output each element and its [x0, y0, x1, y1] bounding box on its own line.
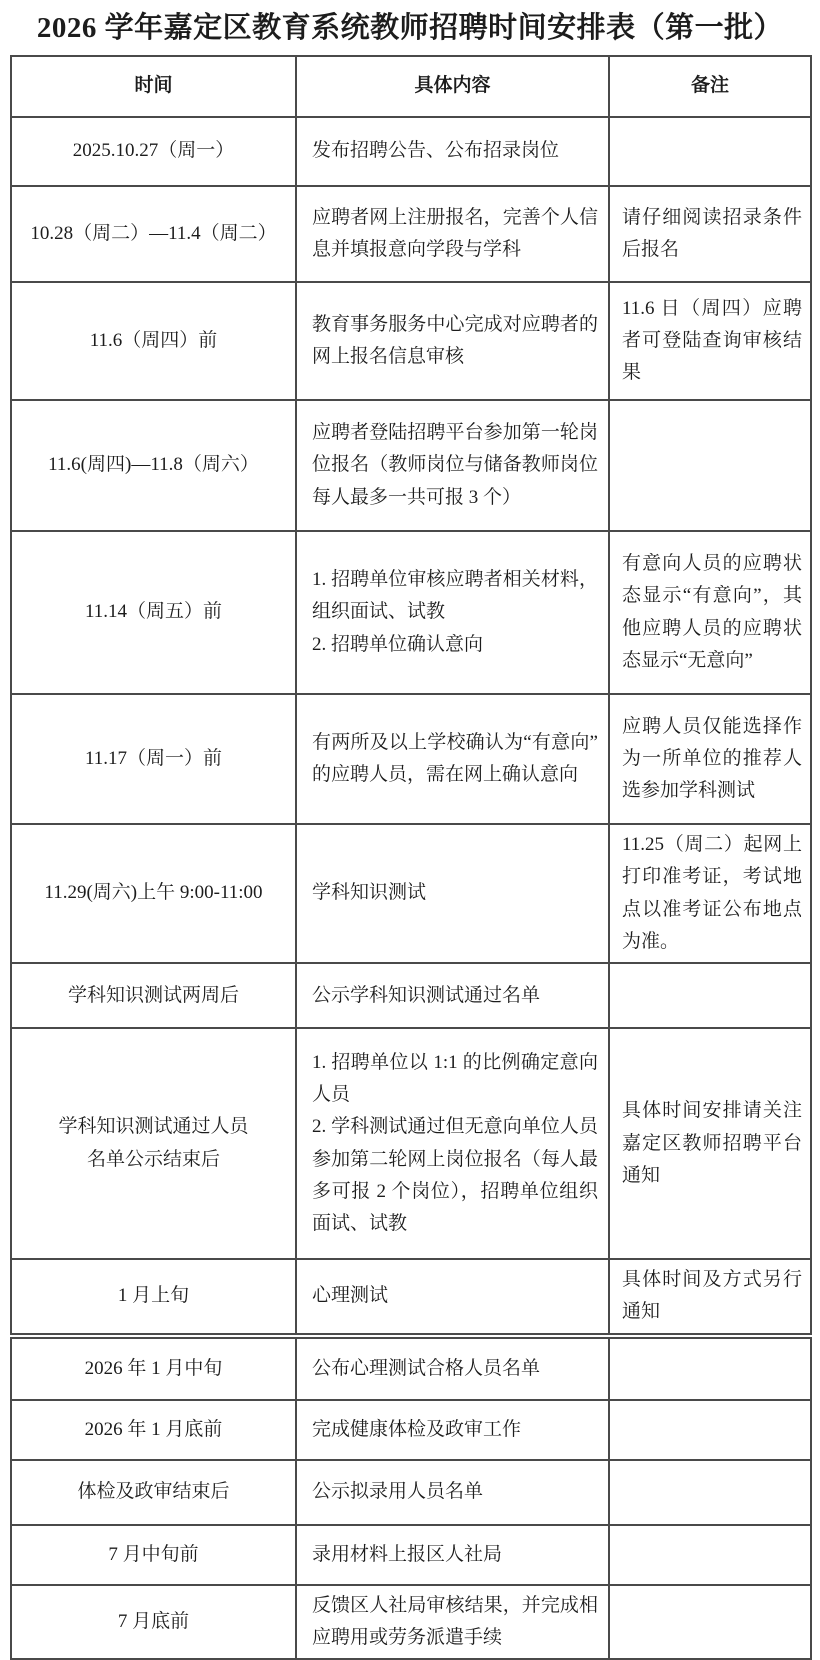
content-cell: 应聘者登陆招聘平台参加第一轮岗位报名（教师岗位与储备教师岗位每人最多一共可报 3… [296, 400, 609, 531]
table-row: 11.29(周六)上午 9:00-11:00 学科知识测试 11.25（周二）起… [11, 824, 811, 963]
column-header-note: 备注 [609, 56, 811, 117]
note-cell: 11.25（周二）起网上打印准考证，考试地点以准考证公布地点为准。 [609, 824, 811, 963]
time-cell: 11.6（周四）前 [11, 282, 296, 400]
content-cell: 1. 招聘单位以 1:1 的比例确定意向人员 2. 学科测试通过但无意向单位人员… [296, 1028, 609, 1259]
time-cell: 11.17（周一）前 [11, 694, 296, 824]
content-cell: 公示拟录用人员名单 [296, 1460, 609, 1525]
table-row: 11.14（周五）前 1. 招聘单位审核应聘者相关材料，组织面试、试教 2. 招… [11, 531, 811, 694]
content-cell: 公布心理测试合格人员名单 [296, 1336, 609, 1400]
content-cell: 反馈区人社局审核结果，并完成相应聘用或劳务派遣手续 [296, 1585, 609, 1660]
content-cell: 有两所及以上学校确认为“有意向”的应聘人员，需在网上确认意向 [296, 694, 609, 824]
time-cell: 7 月底前 [11, 1585, 296, 1660]
content-cell: 应聘者网上注册报名，完善个人信息并填报意向学段与学科 [296, 186, 609, 282]
note-cell [609, 963, 811, 1028]
content-cell: 学科知识测试 [296, 824, 609, 963]
time-cell: 2026 年 1 月底前 [11, 1400, 296, 1460]
column-header-content: 具体内容 [296, 56, 609, 117]
table-row: 7 月中旬前 录用材料上报区人社局 [11, 1525, 811, 1585]
note-cell [609, 1525, 811, 1585]
content-cell: 公示学科知识测试通过名单 [296, 963, 609, 1028]
note-cell [609, 1400, 811, 1460]
time-cell: 2026 年 1 月中旬 [11, 1336, 296, 1400]
time-cell: 学科知识测试通过人员 名单公示结束后 [11, 1028, 296, 1259]
note-cell: 有意向人员的应聘状态显示“有意向”，其他应聘人员的应聘状态显示“无意向” [609, 531, 811, 694]
time-cell: 1 月上旬 [11, 1259, 296, 1336]
table-row: 1 月上旬 心理测试 具体时间及方式另行通知 [11, 1259, 811, 1336]
table-row: 体检及政审结束后 公示拟录用人员名单 [11, 1460, 811, 1525]
note-cell [609, 1336, 811, 1400]
note-cell [609, 1460, 811, 1525]
note-cell: 11.6 日（周四）应聘者可登陆查询审核结果 [609, 282, 811, 400]
table-row: 2025.10.27（周一） 发布招聘公告、公布招录岗位 [11, 117, 811, 186]
column-header-time: 时间 [11, 56, 296, 117]
table-row: 11.6（周四）前 教育事务服务中心完成对应聘者的网上报名信息审核 11.6 日… [11, 282, 811, 400]
content-cell: 完成健康体检及政审工作 [296, 1400, 609, 1460]
content-cell: 发布招聘公告、公布招录岗位 [296, 117, 609, 186]
table-row: 10.28（周二）—11.4（周二） 应聘者网上注册报名，完善个人信息并填报意向… [11, 186, 811, 282]
time-cell: 学科知识测试两周后 [11, 963, 296, 1028]
note-cell: 具体时间安排请关注嘉定区教师招聘平台通知 [609, 1028, 811, 1259]
time-cell: 11.29(周六)上午 9:00-11:00 [11, 824, 296, 963]
time-cell: 11.6(周四)—11.8（周六） [11, 400, 296, 531]
note-cell [609, 1585, 811, 1660]
table-row: 11.6(周四)—11.8（周六） 应聘者登陆招聘平台参加第一轮岗位报名（教师岗… [11, 400, 811, 531]
page-title: 2026 学年嘉定区教育系统教师招聘时间安排表（第一批） [6, 10, 814, 46]
table-row: 7 月底前 反馈区人社局审核结果，并完成相应聘用或劳务派遣手续 [11, 1585, 811, 1660]
content-cell: 1. 招聘单位审核应聘者相关材料，组织面试、试教 2. 招聘单位确认意向 [296, 531, 609, 694]
note-cell: 应聘人员仅能选择作为一所单位的推荐人选参加学科测试 [609, 694, 811, 824]
table-row: 学科知识测试两周后 公示学科知识测试通过名单 [11, 963, 811, 1028]
recruitment-schedule-table: 时间 具体内容 备注 2025.10.27（周一） 发布招聘公告、公布招录岗位 … [10, 55, 812, 1660]
time-cell: 11.14（周五）前 [11, 531, 296, 694]
time-cell: 体检及政审结束后 [11, 1460, 296, 1525]
content-cell: 录用材料上报区人社局 [296, 1525, 609, 1585]
time-cell: 10.28（周二）—11.4（周二） [11, 186, 296, 282]
table-row: 2026 年 1 月中旬 公布心理测试合格人员名单 [11, 1336, 811, 1400]
note-cell [609, 117, 811, 186]
note-cell: 具体时间及方式另行通知 [609, 1259, 811, 1336]
time-cell: 2025.10.27（周一） [11, 117, 296, 186]
content-cell: 教育事务服务中心完成对应聘者的网上报名信息审核 [296, 282, 609, 400]
note-cell: 请仔细阅读招录条件后报名 [609, 186, 811, 282]
table-row: 学科知识测试通过人员 名单公示结束后 1. 招聘单位以 1:1 的比例确定意向人… [11, 1028, 811, 1259]
header-row: 时间 具体内容 备注 [11, 56, 811, 117]
content-cell: 心理测试 [296, 1259, 609, 1336]
table-row: 11.17（周一）前 有两所及以上学校确认为“有意向”的应聘人员，需在网上确认意… [11, 694, 811, 824]
note-cell [609, 400, 811, 531]
time-cell: 7 月中旬前 [11, 1525, 296, 1585]
table-row: 2026 年 1 月底前 完成健康体检及政审工作 [11, 1400, 811, 1460]
